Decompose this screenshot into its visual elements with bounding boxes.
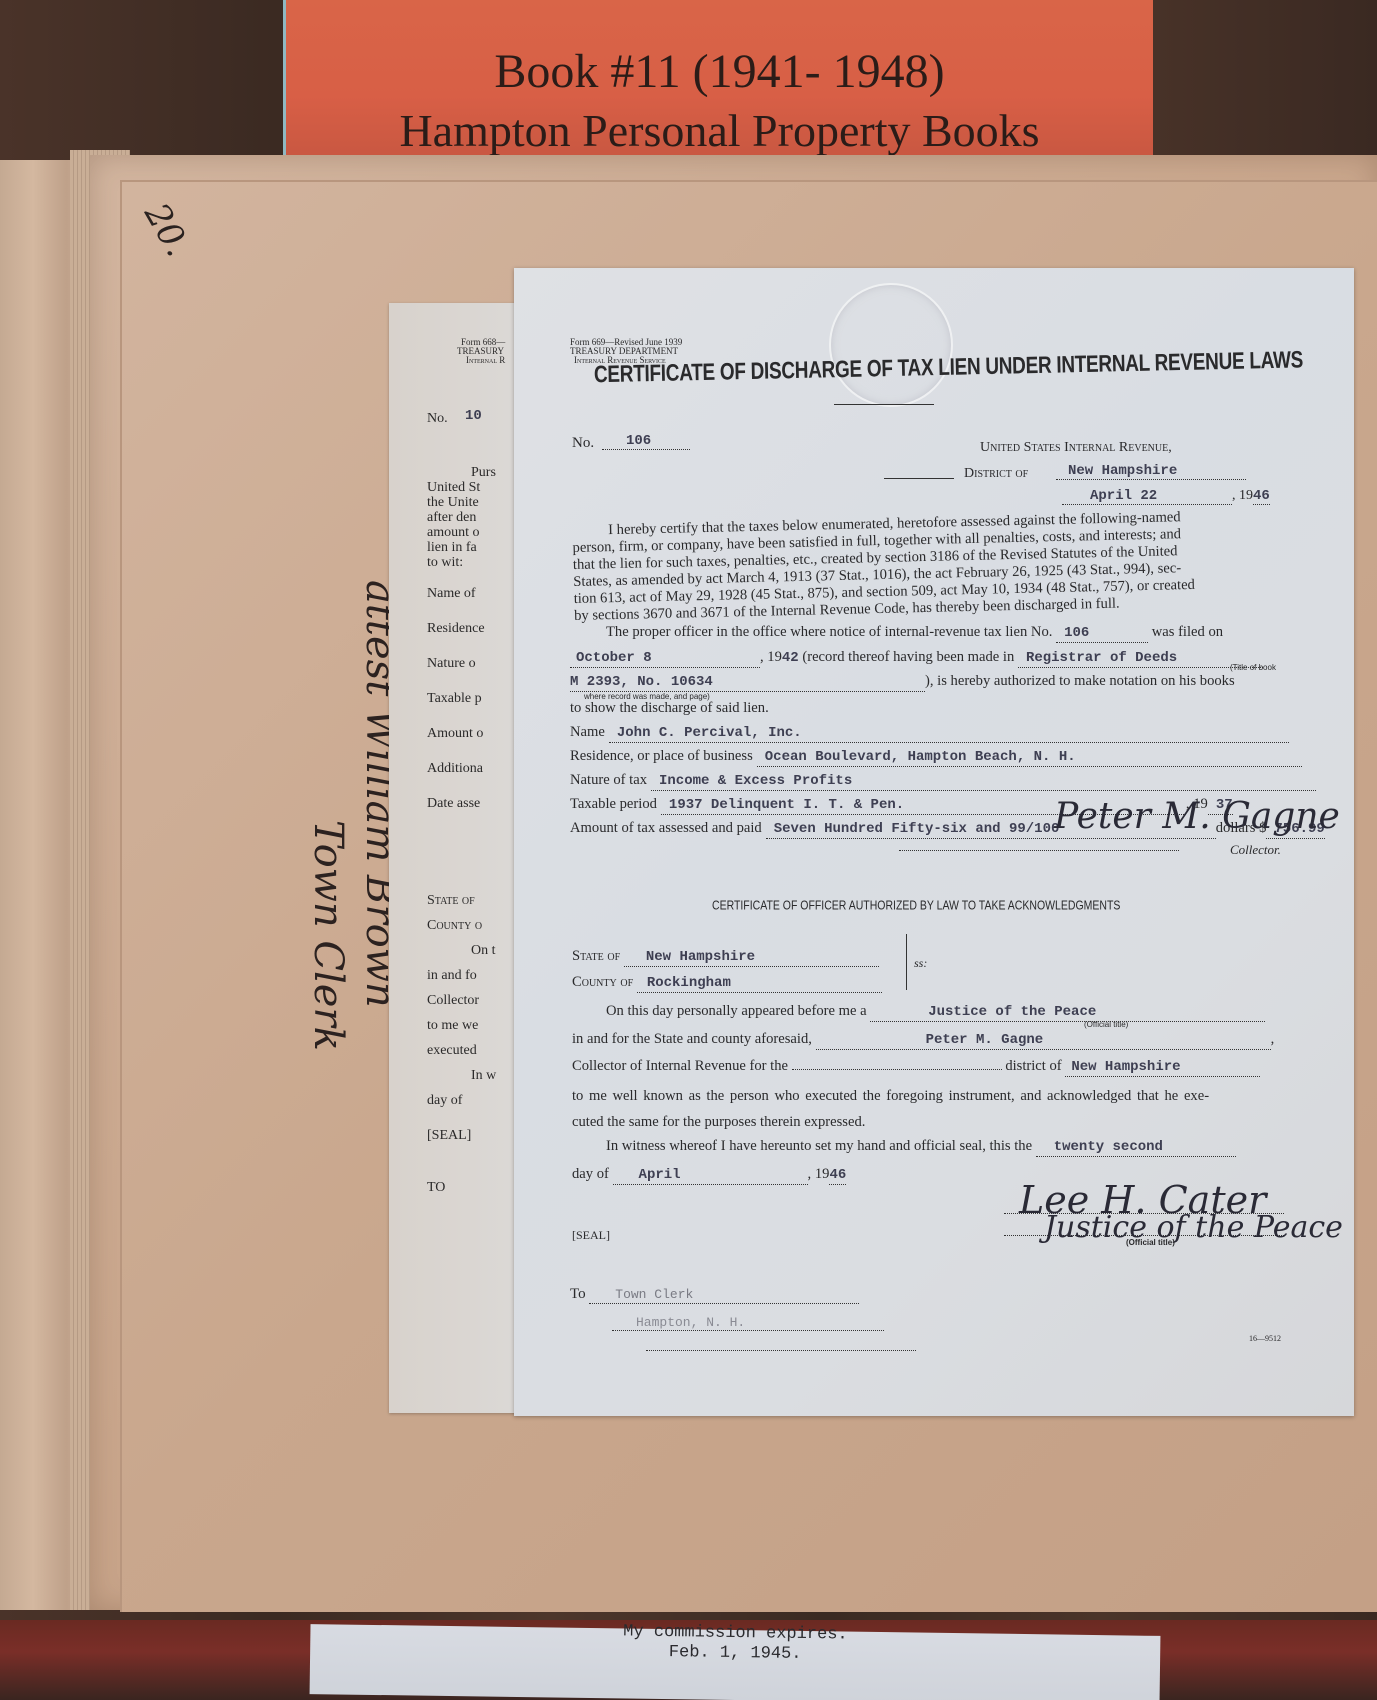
back-form-line: On t (471, 943, 496, 959)
collector-signature-line (899, 850, 1179, 851)
executed-text: cuted the same for the purposes therein … (572, 1114, 865, 1131)
discharge-text: to show the discharge of said lien. (570, 700, 769, 717)
tax-field-label: Nature of tax (570, 772, 647, 788)
lien-no: 106 (1056, 625, 1148, 643)
agency: United States Internal Revenue, (980, 440, 1172, 456)
collector-signature: Peter M. Gagne (1054, 796, 1340, 837)
no-label: No. (572, 435, 594, 452)
to-line-2: Hampton, N. H. (612, 1313, 884, 1331)
print-code: 16—9512 (1249, 1334, 1281, 1343)
date-year-prefix: , 19 (1232, 488, 1253, 503)
back-form-service: Internal R (466, 356, 505, 365)
certification-paragraph: I hereby certify that the taxes below en… (572, 509, 1195, 625)
tax-field-row: NameJohn C. Percival, Inc. (570, 724, 1335, 748)
collector-for-text: Collector of Internal Revenue for the (572, 1058, 788, 1074)
to-line: To Town Clerk (570, 1286, 859, 1304)
book-ref-line: M 2393, No. 10634), is hereby authorized… (570, 673, 1235, 692)
back-form-line: [SEAL] (427, 1128, 471, 1144)
back-form-no-value: 10 (465, 408, 482, 424)
day-year-prefix: , 19 (808, 1166, 830, 1182)
back-form-line: In w (471, 1068, 496, 1084)
filed-date: October 8 (570, 650, 760, 668)
tax-field-row: Residence, or place of businessOcean Bou… (570, 748, 1335, 772)
county-label: County of (572, 974, 633, 990)
person-value: Peter M. Gagne (816, 1032, 1271, 1050)
back-form-line: Date asse (427, 796, 480, 812)
back-form-line: to me we (427, 1018, 478, 1034)
p2-start: The proper officer in the office where n… (606, 624, 1052, 640)
tax-field-label: Residence, or place of business (570, 748, 753, 764)
district-of-text: district of (1005, 1058, 1061, 1074)
county-line: County of Rockingham (572, 974, 882, 993)
back-form-line: Purs (471, 465, 496, 481)
day-of-label: day of (572, 1166, 609, 1182)
tax-field-value: Ocean Boulevard, Hampton Beach, N. H. (757, 749, 1302, 767)
to-line2: Hampton, N. H. (612, 1315, 884, 1331)
appeared-line: On this day personally appeared before m… (572, 1003, 1265, 1022)
lien-filing-paragraph: The proper officer in the office where n… (570, 624, 1263, 668)
witness-day: twenty second (1036, 1139, 1236, 1157)
ss-bracket (906, 934, 907, 990)
back-form-line: amount o (427, 525, 480, 541)
state-value: New Hampshire (624, 949, 879, 967)
back-form-line: State of (427, 893, 475, 909)
tax-field-label: Name (570, 724, 605, 740)
to-line-3 (646, 1350, 916, 1351)
date-value: April 22 (1062, 488, 1232, 505)
back-form-line: United St (427, 480, 480, 496)
district-prefix-rule (884, 478, 954, 479)
ss-label: ss: (914, 956, 927, 971)
witness-line: In witness whereof I have hereunto set m… (572, 1138, 1236, 1157)
p2-filed: was filed on (1152, 624, 1223, 640)
back-form-line: Residence (427, 621, 485, 637)
tax-field-label: Amount of tax assessed and paid (570, 820, 762, 836)
collector-for-blank (792, 1069, 1002, 1070)
jp-title-signature: Justice of the Peace (1044, 1210, 1343, 1245)
appeared-text: On this day personally appeared before m… (572, 1003, 867, 1019)
day-of-value: April (613, 1167, 808, 1185)
tax-field-label: Taxable period (570, 796, 657, 812)
no-value: 106 (602, 433, 690, 450)
certificate-of-discharge: Form 669—Revised June 1939 TREASURY DEPA… (514, 268, 1354, 1416)
no-field: 106 (602, 431, 690, 450)
back-form-line: lien in fa (427, 540, 477, 556)
witness-text: In witness whereof I have hereunto set m… (572, 1138, 1032, 1154)
filed-year: 42 (782, 650, 799, 666)
embossed-seal-icon (829, 283, 953, 407)
sign-title: Book #11 (1941- 1948) (286, 44, 1153, 99)
back-form-line: day of (427, 1093, 462, 1109)
known-text: to me well known as the person who execu… (572, 1088, 1209, 1105)
state-line: State of New Hampshire (572, 948, 879, 967)
tax-field-value: Income & Excess Profits (651, 773, 1316, 791)
back-form-line: the Unite (427, 495, 479, 511)
district-field: New Hampshire (1056, 461, 1246, 480)
jp-title-hint: (Official title) (1126, 1238, 1175, 1247)
seal-label: [SEAL] (572, 1228, 610, 1243)
collector-for-line: Collector of Internal Revenue for the di… (572, 1058, 1260, 1077)
back-form-line: Amount o (427, 726, 483, 742)
day-year: 46 (829, 1167, 846, 1185)
to-label: To (570, 1286, 586, 1302)
district-value: New Hampshire (1056, 463, 1246, 480)
aforesaid-text: in and for the State and county aforesai… (572, 1031, 812, 1047)
back-form-line: County o (427, 918, 482, 934)
day-of-line: day of April, 1946 (572, 1166, 846, 1185)
record-text: (record thereof having been made in (802, 649, 1014, 665)
authorized-text: ), is hereby authorized to make notation… (925, 673, 1235, 689)
filed-year-prefix: , 19 (760, 649, 782, 665)
back-form-line: executed (427, 1043, 477, 1059)
tax-field-row: Nature of taxIncome & Excess Profits (570, 772, 1335, 796)
back-form-line: Name of (427, 586, 476, 602)
to-line1: Town Clerk (589, 1286, 859, 1304)
official-title-hint: (Official title) (1084, 1020, 1128, 1029)
date-field: April 22, 1946 (1062, 486, 1270, 505)
record-place: Registrar of Deeds (1018, 650, 1263, 668)
book-label-sign: Book #11 (1941- 1948) Hampton Personal P… (283, 0, 1153, 160)
back-form-line: Collector (427, 993, 479, 1009)
official-title-value: Justice of the Peace (870, 1004, 1265, 1022)
ack-title: CERTIFICATE OF OFFICER AUTHORIZED BY LAW… (712, 899, 1120, 913)
back-form-line: Nature o (427, 656, 476, 672)
collector-label: Collector. (1230, 842, 1281, 858)
county-value: Rockingham (637, 975, 882, 993)
back-form-line: after den (427, 510, 476, 526)
back-form-line: to wit: (427, 555, 463, 571)
state-label: State of (572, 948, 620, 964)
back-form-line: in and fo (427, 968, 477, 984)
date-year: 46 (1253, 488, 1270, 505)
back-form-line: Taxable p (427, 691, 482, 707)
aforesaid-line: in and for the State and county aforesai… (572, 1031, 1274, 1050)
note-line-4: Town Clerk (302, 520, 354, 1220)
back-form-no-label: No. (427, 411, 448, 427)
sign-subtitle: Hampton Personal Property Books (286, 104, 1153, 157)
back-form-line: Additiona (427, 761, 483, 777)
district-of-value: New Hampshire (1065, 1059, 1260, 1077)
tax-field-value: John C. Percival, Inc. (609, 725, 1289, 743)
commission-slip: My commission expires. Feb. 1, 1945. (310, 1624, 1161, 1700)
district-label: District of (964, 466, 1028, 482)
title-of-book-hint: (Title of book (1230, 663, 1276, 672)
title-rule (834, 404, 934, 405)
book-ref: M 2393, No. 10634 (570, 674, 925, 692)
back-form-line: TO (427, 1180, 445, 1196)
